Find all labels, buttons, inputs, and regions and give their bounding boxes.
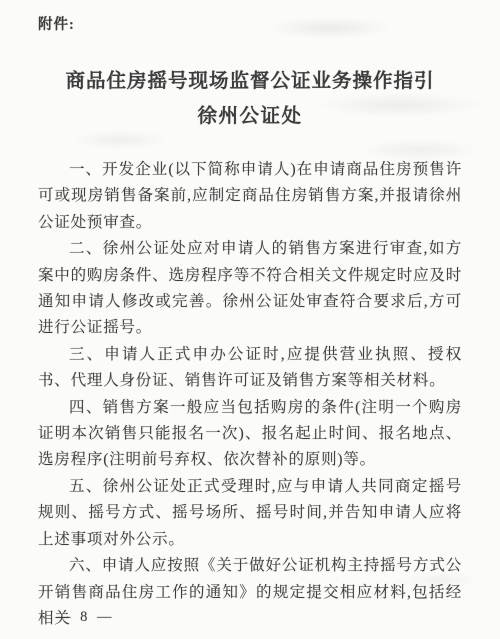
document-subtitle: 徐州公证处 xyxy=(38,100,462,128)
document-title: 商品住房摇号现场监督公证业务操作指引 xyxy=(38,65,462,93)
paragraph-5: 五、徐州公证处正式受理时,应与申请人共同商定摇号规则、摇号方式、摇号场所、摇号时… xyxy=(38,474,462,553)
paragraph-1: 一、开发企业(以下简称申请人)在申请商品住房预售许可或现房销售备案前,应制定商品… xyxy=(38,157,462,236)
document-body: 一、开发企业(以下简称申请人)在申请商品住房预售许可或现房销售备案前,应制定商品… xyxy=(38,157,462,632)
paragraph-2: 二、徐州公证处应对申请人的销售方案进行审查,如方案中的购房条件、选房程序等不符合… xyxy=(38,236,462,342)
paragraph-4: 四、销售方案一般应当包括购房的条件(注明一个购房证明本次销售只能报名一次)、报名… xyxy=(38,395,462,474)
paragraph-3: 三、申请人正式申办公证时,应提供营业执照、授权书、代理人身份证、销售许可证及销售… xyxy=(38,342,462,395)
attachment-label: 附件: xyxy=(38,0,462,34)
document-page: 附件: 商品住房摇号现场监督公证业务操作指引 徐州公证处 一、开发企业(以下简称… xyxy=(0,0,500,639)
page-number: — 8 — xyxy=(56,609,115,626)
